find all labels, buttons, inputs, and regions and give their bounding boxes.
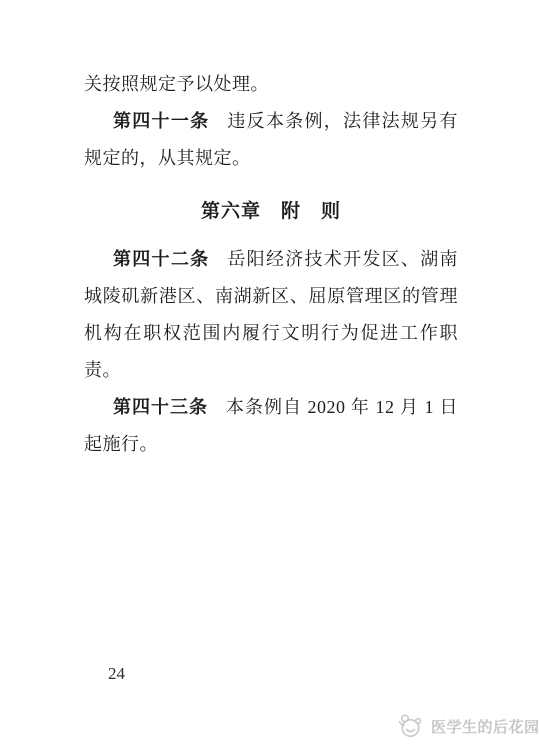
article-41-paragraph: 第四十一条违反本条例，法律法规另有规定的，从其规定。 xyxy=(84,103,458,177)
garden-logo-icon xyxy=(396,712,425,740)
article-41-number: 第四十一条 xyxy=(113,111,209,131)
article-43-number: 第四十三条 xyxy=(113,397,208,417)
article-42-number: 第四十二条 xyxy=(113,249,209,269)
watermark: 医学生的后花园 xyxy=(396,712,540,740)
document-body: 关按照规定予以处理。 第四十一条违反本条例，法律法规另有规定的，从其规定。 第六… xyxy=(84,66,458,463)
article-42-paragraph: 第四十二条岳阳经济技术开发区、湖南城陵矶新港区、南湖新区、屈原管理区的管理机构在… xyxy=(84,241,458,389)
article-43-paragraph: 第四十三条本条例自 2020 年 12 月 1 日起施行。 xyxy=(84,389,458,463)
watermark-label: 医学生的后花园 xyxy=(431,716,540,737)
document-page: 关按照规定予以处理。 第四十一条违反本条例，法律法规另有规定的，从其规定。 第六… xyxy=(0,0,540,751)
paragraph-continuation: 关按照规定予以处理。 xyxy=(84,66,458,103)
page-number: 24 xyxy=(108,664,125,684)
chapter-heading: 第六章 附 则 xyxy=(84,193,458,230)
